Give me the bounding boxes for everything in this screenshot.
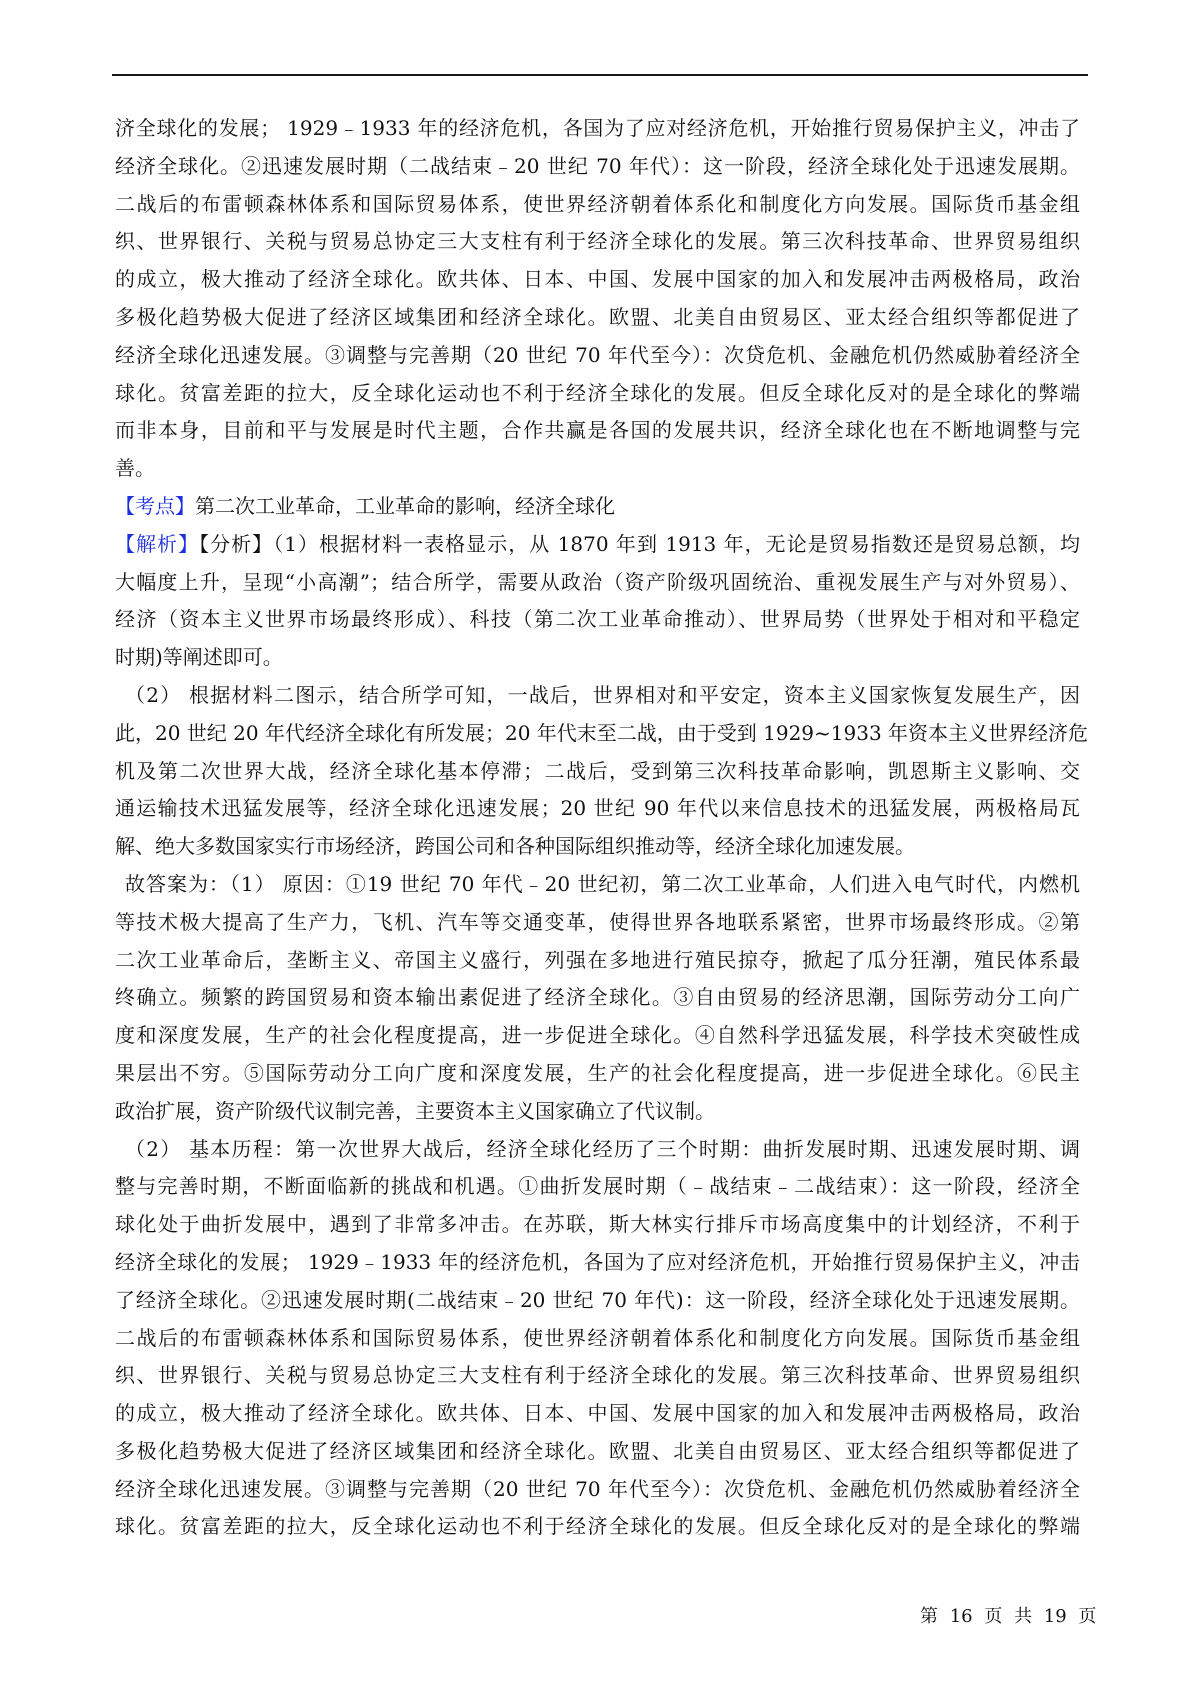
- text-line: 经济全球化迅速发展。③调整与完善期（20 世纪 70 年代至今）：次贷危机、金融…: [115, 337, 1080, 375]
- text-line: 的成立，极大推动了经济全球化。欧共体、日本、中国、发展中国家的加入和发展冲击两极…: [115, 261, 1080, 299]
- line-text: 二战后的布雷顿森林体系和国际贸易体系，使世界经济朝着体系化和制度化方向发展。国际…: [115, 1326, 1080, 1350]
- page-number-footer: 第 16 页 共 19 页: [920, 1602, 1096, 1628]
- text-line: 济全球化的发展； 1929﹣1933 年的经济危机，各国为了应对经济危机，开始推…: [115, 110, 1080, 148]
- text-line: 二战后的布雷顿森林体系和国际贸易体系，使世界经济朝着体系化和制度化方向发展。国际…: [115, 1320, 1080, 1358]
- text-line: 善。: [115, 450, 1080, 488]
- text-line: 解、绝大多数国家实行市场经济，跨国公司和各种国际组织推动等，经济全球化加速发展。: [115, 828, 1080, 866]
- line-text: 二次工业革命后，垄断主义、帝国主义盛行，列强在多地进行殖民掠夺，掀起了瓜分狂潮，…: [115, 948, 1080, 972]
- text-line: 整与完善时期，不断面临新的挑战和机遇。①曲折发展时期（﹣战结束﹣二战结束）：这一…: [115, 1168, 1080, 1206]
- line-text: 整与完善时期，不断面临新的挑战和机遇。①曲折发展时期（﹣战结束﹣二战结束）：这一…: [115, 1174, 1080, 1198]
- line-text: 善。: [115, 456, 155, 480]
- text-line: （2） 根据材料二图示，结合所学可知，一战后，世界相对和平安定，资本主义国家恢复…: [115, 677, 1080, 715]
- line-text: 第二次工业革命，工业革命的影响，经济全球化: [195, 494, 615, 518]
- line-text: 果层出不穷。⑤国际劳动分工向广度和深度发展，生产的社会化程度提高，进一步促进全球…: [115, 1061, 1080, 1085]
- text-line: 多极化趋势极大促进了经济区域集团和经济全球化。欧盟、北美自由贸易区、亚太经合组织…: [115, 1433, 1080, 1471]
- line-text: 经济全球化。②迅速发展时期（二战结束﹣20 世纪 70 年代）：这一阶段，经济全…: [115, 154, 1080, 178]
- line-text: 济全球化的发展； 1929﹣1933 年的经济危机，各国为了应对经济危机，开始推…: [115, 116, 1080, 140]
- text-line: 织、世界银行、关税与贸易总协定三大支柱有利于经济全球化的发展。第三次科技革命、世…: [115, 1357, 1080, 1395]
- text-line: 故答案为：（1） 原因：①19 世纪 70 年代﹣20 世纪初，第二次工业革命，…: [115, 866, 1080, 904]
- line-text: 大幅度上升，呈现“小高潮”；结合所学，需要从政治（资产阶级巩固统治、重视发展生产…: [115, 570, 1080, 594]
- text-line: 球化。贫富差距的拉大，反全球化运动也不利于经济全球化的发展。但反全球化反对的是全…: [115, 375, 1080, 413]
- line-text: 解、绝大多数国家实行市场经济，跨国公司和各种国际组织推动等，经济全球化加速发展。: [115, 834, 915, 858]
- text-line: 经济全球化迅速发展。③调整与完善期（20 世纪 70 年代至今）：次贷危机、金融…: [115, 1471, 1080, 1509]
- line-text: 政治扩展，资产阶级代议制完善，主要资本主义国家确立了代议制。: [115, 1099, 715, 1123]
- line-text: 多极化趋势极大促进了经济区域集团和经济全球化。欧盟、北美自由贸易区、亚太经合组织…: [115, 1439, 1080, 1463]
- line-text: （2） 根据材料二图示，结合所学可知，一战后，世界相对和平安定，资本主义国家恢复…: [125, 683, 1080, 707]
- line-text: 球化处于曲折发展中，遇到了非常多冲击。在苏联，斯大林实行排斥市场高度集中的计划经…: [115, 1212, 1080, 1236]
- line-text: 经济全球化的发展； 1929﹣1933 年的经济危机，各国为了应对经济危机，开始…: [115, 1250, 1080, 1274]
- text-line: 【解析】【分析】（1）根据材料一表格显示，从 1870 年到 1913 年，无论…: [115, 526, 1080, 564]
- text-line: 终确立。频繁的跨国贸易和资本输出素促进了经济全球化。③自由贸易的经济思潮，国际劳…: [115, 979, 1080, 1017]
- line-text: 故答案为：（1） 原因：①19 世纪 70 年代﹣20 世纪初，第二次工业革命，…: [125, 872, 1080, 896]
- text-line: 的成立，极大推动了经济全球化。欧共体、日本、中国、发展中国家的加入和发展冲击两极…: [115, 1395, 1080, 1433]
- line-text: 的成立，极大推动了经济全球化。欧共体、日本、中国、发展中国家的加入和发展冲击两极…: [115, 267, 1080, 291]
- text-line: 机及第二次世界大战，经济全球化基本停滞；二战后，受到第三次科技革命影响，凯恩斯主…: [115, 753, 1080, 791]
- line-text: 了经济全球化。②迅速发展时期(二战结束﹣20 世纪 70 年代)：这一阶段，经济…: [115, 1288, 1080, 1312]
- section-label: 【解析】: [115, 532, 199, 556]
- line-text: 度和深度发展，生产的社会化程度提高，进一步促进全球化。④自然科学迅猛发展，科学技…: [115, 1023, 1080, 1047]
- text-line: 球化。贫富差距的拉大，反全球化运动也不利于经济全球化的发展。但反全球化反对的是全…: [115, 1508, 1080, 1546]
- text-line: 球化处于曲折发展中，遇到了非常多冲击。在苏联，斯大林实行排斥市场高度集中的计划经…: [115, 1206, 1080, 1244]
- text-line: 二次工业革命后，垄断主义、帝国主义盛行，列强在多地进行殖民掠夺，掀起了瓜分狂潮，…: [115, 942, 1080, 980]
- line-text: 终确立。频繁的跨国贸易和资本输出素促进了经济全球化。③自由贸易的经济思潮，国际劳…: [115, 985, 1080, 1009]
- text-line: 多极化趋势极大促进了经济区域集团和经济全球化。欧盟、北美自由贸易区、亚太经合组织…: [115, 299, 1080, 337]
- line-text: 经济（资本主义世界市场最终形成）、科技（第二次工业革命推动）、世界局势（世界处于…: [115, 607, 1080, 631]
- text-line: 大幅度上升，呈现“小高潮”；结合所学，需要从政治（资产阶级巩固统治、重视发展生产…: [115, 564, 1080, 602]
- text-line: 经济（资本主义世界市场最终形成）、科技（第二次工业革命推动）、世界局势（世界处于…: [115, 601, 1080, 639]
- document-body: 济全球化的发展； 1929﹣1933 年的经济危机，各国为了应对经济危机，开始推…: [115, 110, 1080, 1546]
- line-text: 而非本身，目前和平与发展是时代主题，合作共赢是各国的发展共识，经济全球化也在不断…: [115, 418, 1080, 442]
- text-line: 二战后的布雷顿森林体系和国际贸易体系，使世界经济朝着体系化和制度化方向发展。国际…: [115, 186, 1080, 224]
- line-text: 此，20 世纪 20 年代经济全球化有所发展；20 年代末至二战，由于受到 19…: [115, 721, 1088, 745]
- text-line: 【考点】第二次工业革命，工业革命的影响，经济全球化: [115, 488, 1080, 526]
- text-line: 等技术极大提高了生产力，飞机、汽车等交通变革，使得世界各地联系紧密，世界市场最终…: [115, 904, 1080, 942]
- line-text: 多极化趋势极大促进了经济区域集团和经济全球化。欧盟、北美自由贸易区、亚太经合组织…: [115, 305, 1080, 329]
- text-line: 果层出不穷。⑤国际劳动分工向广度和深度发展，生产的社会化程度提高，进一步促进全球…: [115, 1055, 1080, 1093]
- line-text: 织、世界银行、关税与贸易总协定三大支柱有利于经济全球化的发展。第三次科技革命、世…: [115, 229, 1080, 253]
- line-text: 经济全球化迅速发展。③调整与完善期（20 世纪 70 年代至今）：次贷危机、金融…: [115, 343, 1080, 367]
- text-line: 经济全球化。②迅速发展时期（二战结束﹣20 世纪 70 年代）：这一阶段，经济全…: [115, 148, 1080, 186]
- header-rule: [112, 74, 1088, 76]
- text-line: （2） 基本历程：第一次世界大战后，经济全球化经历了三个时期：曲折发展时期、迅速…: [115, 1131, 1080, 1169]
- line-text: 二战后的布雷顿森林体系和国际贸易体系，使世界经济朝着体系化和制度化方向发展。国际…: [115, 192, 1080, 216]
- text-line: 经济全球化的发展； 1929﹣1933 年的经济危机，各国为了应对经济危机，开始…: [115, 1244, 1080, 1282]
- line-text: 等技术极大提高了生产力，飞机、汽车等交通变革，使得世界各地联系紧密，世界市场最终…: [115, 910, 1080, 934]
- text-line: 织、世界银行、关税与贸易总协定三大支柱有利于经济全球化的发展。第三次科技革命、世…: [115, 223, 1080, 261]
- text-line: 了经济全球化。②迅速发展时期(二战结束﹣20 世纪 70 年代)：这一阶段，经济…: [115, 1282, 1080, 1320]
- line-text: 经济全球化迅速发展。③调整与完善期（20 世纪 70 年代至今）：次贷危机、金融…: [115, 1477, 1080, 1501]
- text-line: 而非本身，目前和平与发展是时代主题，合作共赢是各国的发展共识，经济全球化也在不断…: [115, 412, 1080, 450]
- text-line: 政治扩展，资产阶级代议制完善，主要资本主义国家确立了代议制。: [115, 1093, 1080, 1131]
- line-text: 的成立，极大推动了经济全球化。欧共体、日本、中国、发展中国家的加入和发展冲击两极…: [115, 1401, 1080, 1425]
- text-line: 此，20 世纪 20 年代经济全球化有所发展；20 年代末至二战，由于受到 19…: [115, 715, 1080, 753]
- line-text: 通运输技术迅猛发展等，经济全球化迅速发展；20 世纪 90 年代以来信息技术的迅…: [115, 796, 1080, 820]
- line-text: 球化。贫富差距的拉大，反全球化运动也不利于经济全球化的发展。但反全球化反对的是全…: [115, 1514, 1080, 1538]
- line-text: 【分析】（1）根据材料一表格显示，从 1870 年到 1913 年，无论是贸易指…: [199, 532, 1080, 556]
- line-text: 时期)等阐述即可。: [115, 645, 283, 669]
- section-label: 【考点】: [115, 494, 195, 518]
- line-text: （2） 基本历程：第一次世界大战后，经济全球化经历了三个时期：曲折发展时期、迅速…: [125, 1137, 1080, 1161]
- line-text: 织、世界银行、关税与贸易总协定三大支柱有利于经济全球化的发展。第三次科技革命、世…: [115, 1363, 1080, 1387]
- line-text: 机及第二次世界大战，经济全球化基本停滞；二战后，受到第三次科技革命影响，凯恩斯主…: [115, 759, 1080, 783]
- text-line: 通运输技术迅猛发展等，经济全球化迅速发展；20 世纪 90 年代以来信息技术的迅…: [115, 790, 1080, 828]
- line-text: 球化。贫富差距的拉大，反全球化运动也不利于经济全球化的发展。但反全球化反对的是全…: [115, 381, 1080, 405]
- text-line: 度和深度发展，生产的社会化程度提高，进一步促进全球化。④自然科学迅猛发展，科学技…: [115, 1017, 1080, 1055]
- text-line: 时期)等阐述即可。: [115, 639, 1080, 677]
